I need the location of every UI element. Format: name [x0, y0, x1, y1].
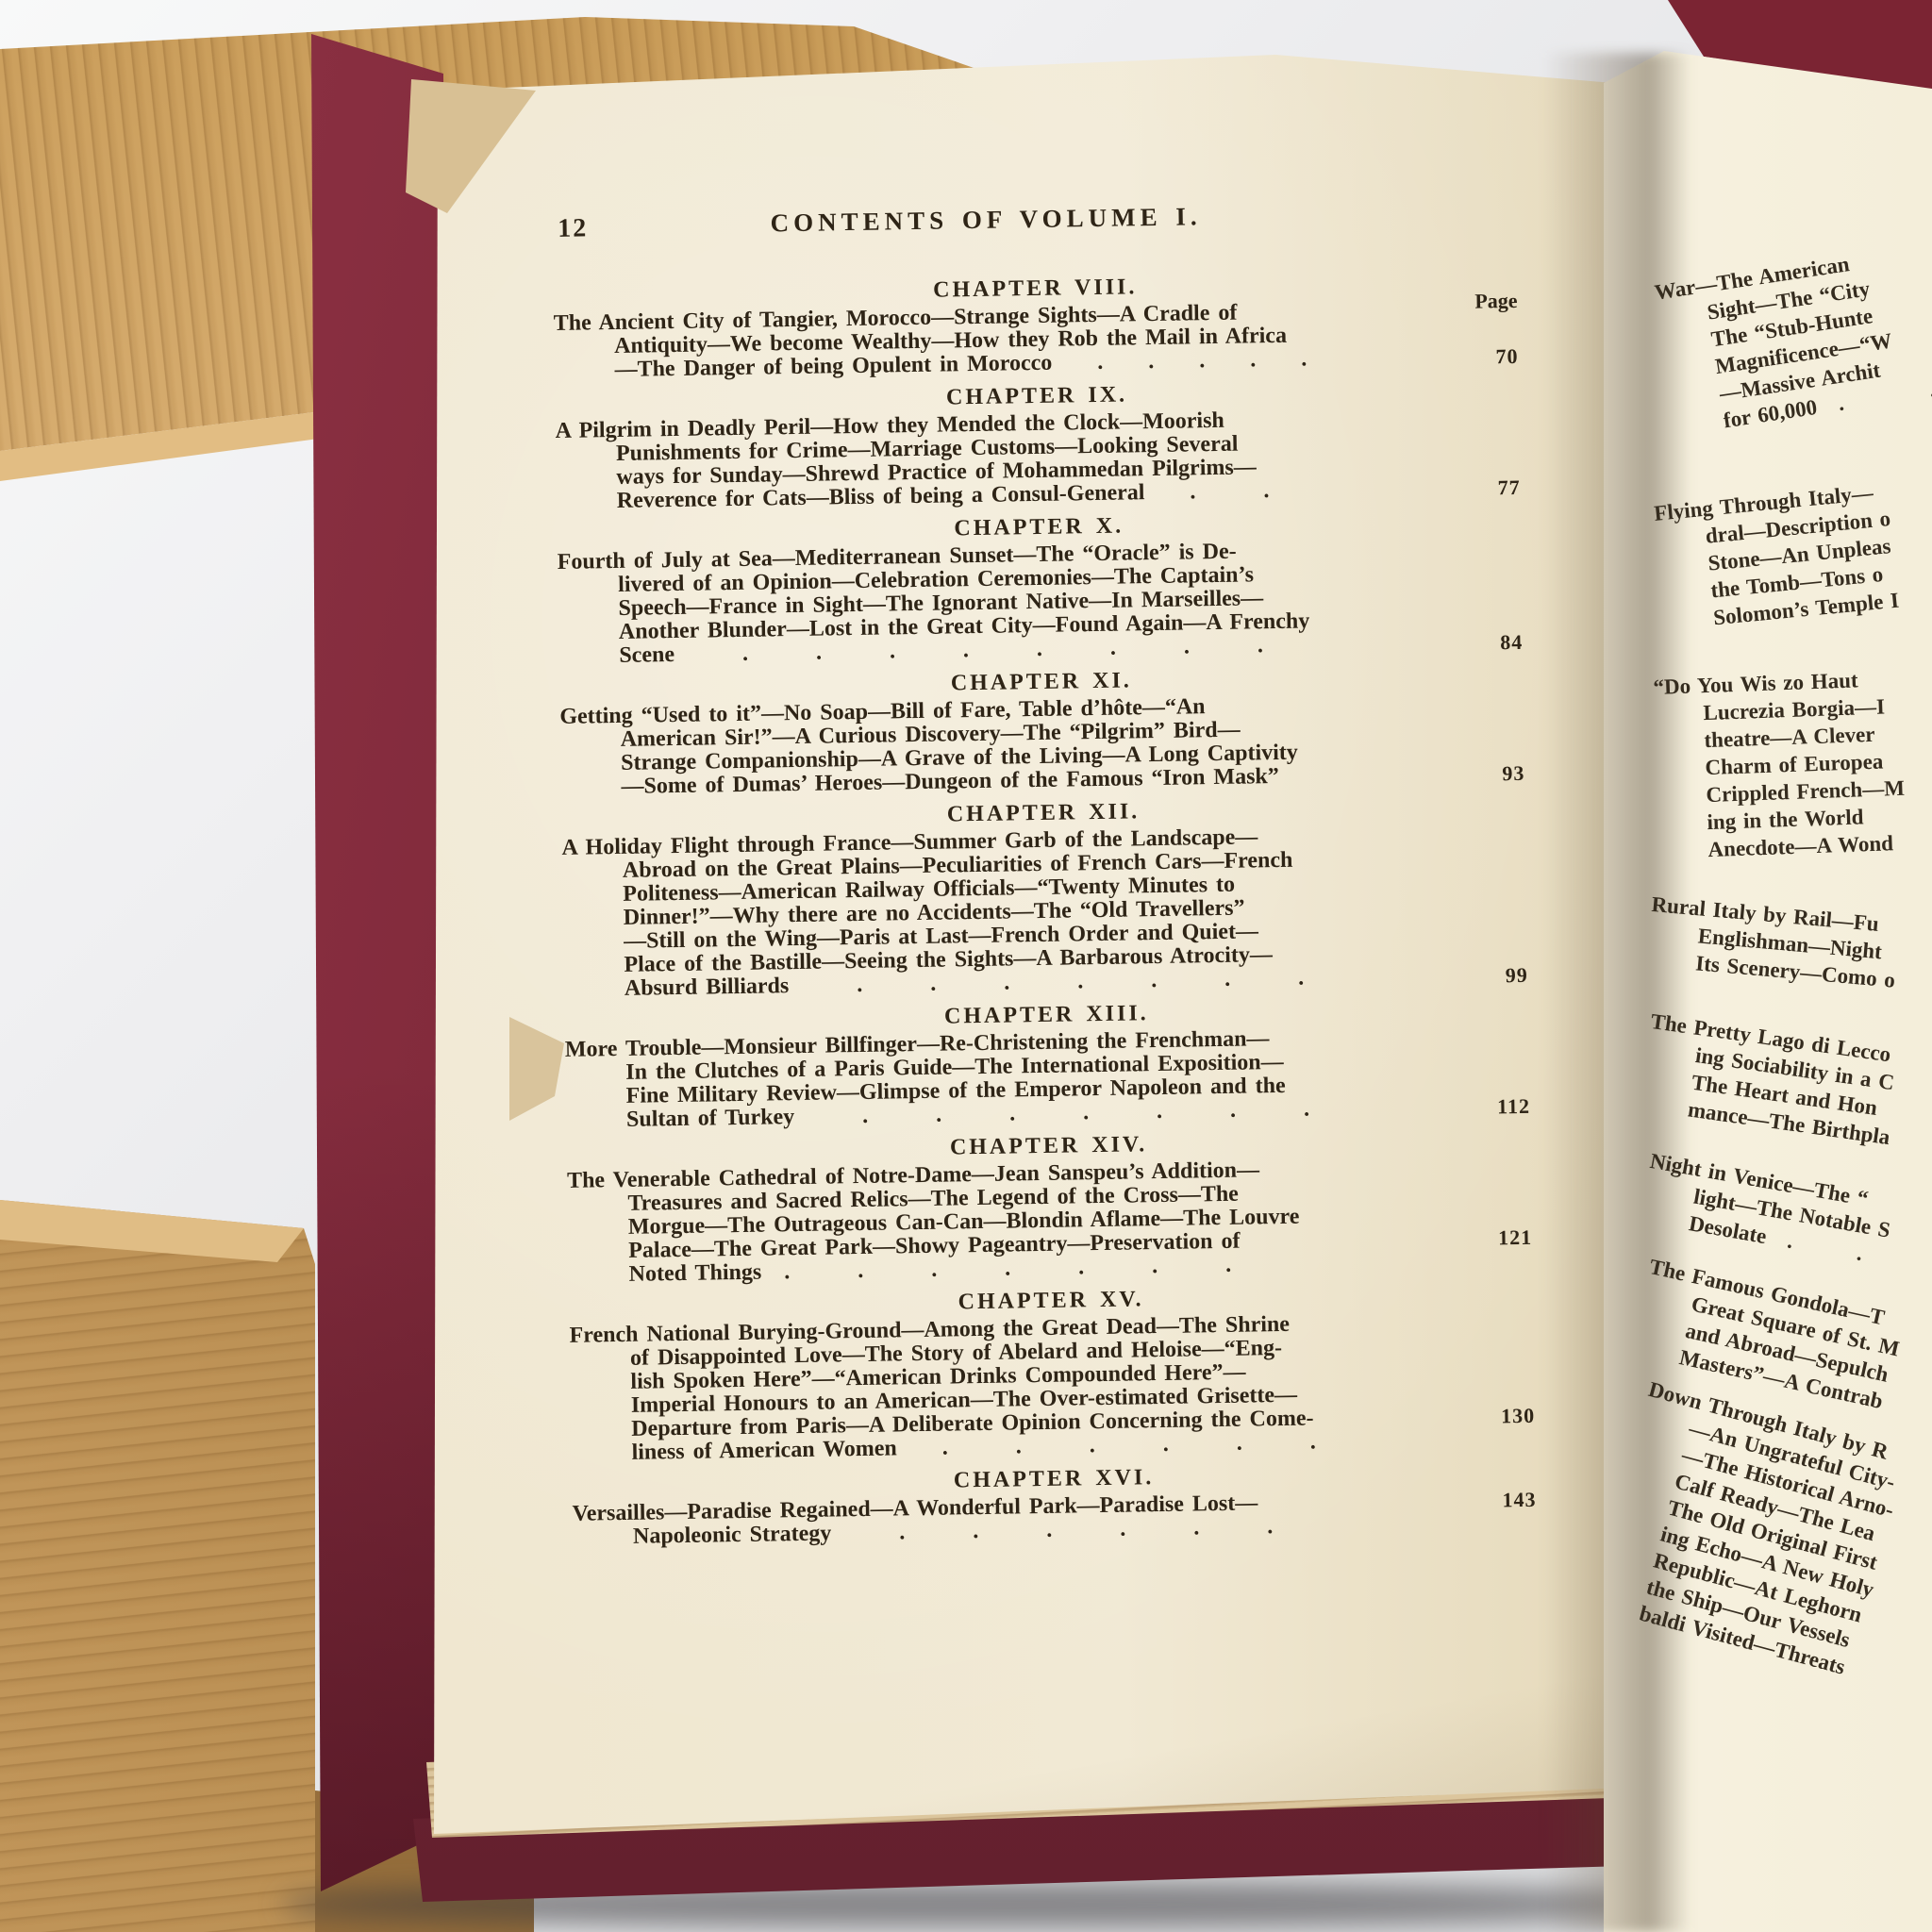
chapter-summary-text: French National Burying-Ground—Among the…	[569, 1312, 1315, 1465]
chapter-xiv: CHAPTER XIV. The Venerable Cathedral of …	[566, 1127, 1532, 1288]
chapter-summary-text: A Holiday Flight through France—Summer G…	[561, 824, 1304, 1001]
chapter-summary: The Venerable Cathedral of Notre-Dame—Je…	[567, 1155, 1533, 1288]
chapter-x: CHAPTER X. Fourth of July at Sea—Mediter…	[557, 508, 1523, 669]
chapter-xv: CHAPTER XV. French National Burying-Grou…	[569, 1282, 1536, 1466]
chapter-summary-text: Fourth of July at Sea—Mediterranean Suns…	[558, 540, 1310, 668]
chapter-page-number: 70	[1495, 344, 1518, 368]
chapter-summary-text: The Venerable Cathedral of Notre-Dame—Je…	[567, 1158, 1300, 1287]
chapter-viii: CHAPTER VIII. The Ancient City of Tangie…	[553, 270, 1519, 383]
chapter-summary-text: Getting “Used to it”—No Soap—Bill of Far…	[559, 694, 1298, 799]
chapter-page-number: 77	[1497, 475, 1520, 499]
chapter-ix: CHAPTER IX. A Pilgrim in Deadly Peril—Ho…	[555, 377, 1521, 514]
chapter-page-number: 84	[1500, 630, 1523, 654]
chapter-xii: CHAPTER XII. A Holiday Flight through Fr…	[561, 794, 1528, 1002]
chapter-summary: More Trouble—Monsieur Billfinger—Re-Chri…	[565, 1024, 1530, 1133]
chapter-page-number: 143	[1502, 1488, 1536, 1512]
chapter-xvi: CHAPTER XVI. Versailles—Paradise Regaine…	[572, 1460, 1537, 1550]
chapter-page-number: 99	[1506, 963, 1528, 987]
chapter-summary: A Pilgrim in Deadly Peril—How they Mende…	[555, 405, 1520, 514]
left-page-content: 12 CONTENTS OF VOLUME I. Page CHAPTER VI…	[552, 200, 1537, 1557]
chapter-summary-text: More Trouble—Monsieur Billfinger—Re-Chri…	[565, 1026, 1310, 1132]
right-page-section: “Do You Wis zo HautLucrezia Borgia—Ithea…	[1653, 665, 1907, 865]
chapter-summary: The Ancient City of Tangier, Morocco—Str…	[554, 297, 1519, 383]
chapter-summary: A Holiday Flight through France—Summer G…	[561, 822, 1528, 1002]
chapter-summary-text: The Ancient City of Tangier, Morocco—Str…	[554, 301, 1307, 382]
chapter-summary: French National Burying-Ground—Among the…	[569, 1309, 1535, 1466]
right-page-section: Flying Through Italy—dral—Description oS…	[1653, 477, 1900, 636]
chapter-summary: Getting “Used to it”—No Soap—Bill of Far…	[559, 691, 1524, 800]
chapter-page-number: 121	[1498, 1225, 1532, 1250]
chapter-page-number: 130	[1501, 1404, 1535, 1428]
chapter-summary: Fourth of July at Sea—Mediterranean Suns…	[558, 536, 1524, 669]
chapter-xiii: CHAPTER XIII. More Trouble—Monsieur Bill…	[564, 996, 1530, 1133]
chapter-summary-text: Versailles—Paradise Regained—A Wonderful…	[572, 1491, 1273, 1548]
chapter-summary: Versailles—Paradise Regained—A Wonderful…	[572, 1488, 1537, 1550]
chapter-summary-text: A Pilgrim in Deadly Peril—How they Mende…	[555, 408, 1269, 513]
chapter-page-number: 112	[1497, 1094, 1530, 1119]
book-photo: 12 CONTENTS OF VOLUME I. Page CHAPTER VI…	[0, 0, 1932, 1932]
chapter-page-number: 93	[1502, 761, 1524, 785]
chapter-xi: CHAPTER XI. Getting “Used to it”—No Soap…	[559, 663, 1525, 800]
